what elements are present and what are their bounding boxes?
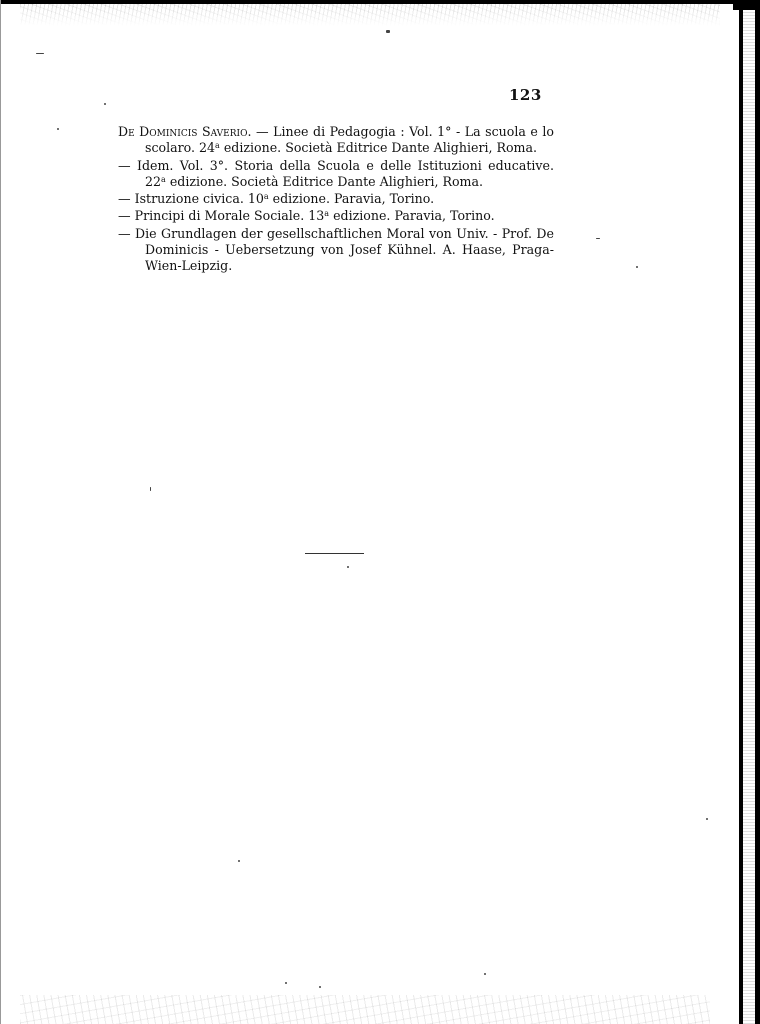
scan-speck (386, 30, 390, 33)
entry-text: edizione. Società Editrice Dante Alighie… (166, 174, 483, 189)
scan-speck (104, 103, 106, 105)
page-number: 123 (509, 86, 542, 104)
scan-top-noise (20, 4, 720, 26)
scan-speck (238, 860, 240, 862)
binding-edge-inner (755, 0, 760, 1024)
entry-author: De Dominicis Saverio. (118, 124, 251, 139)
scan-speck (596, 238, 600, 239)
scan-speck (285, 982, 287, 984)
bibliography-list: De Dominicis Saverio. — Linee di Pedagog… (118, 124, 554, 275)
entry-text: — Principi di Morale Sociale. 13 (118, 208, 324, 223)
bibliography-entry: De Dominicis Saverio. — Linee di Pedagog… (118, 124, 554, 157)
entry-text: edizione. Paravia, Torino. (269, 191, 435, 206)
end-rule (305, 553, 364, 554)
bibliography-entry: — Die Grundlagen der gesellschaftlichen … (118, 226, 554, 275)
scan-left-edge (0, 0, 1, 1024)
bibliography-entry: — Principi di Morale Sociale. 13a edizio… (118, 208, 554, 224)
scan-speck (319, 986, 321, 988)
entry-text: edizione. Società Editrice Dante Alighie… (220, 140, 537, 155)
entry-text: edizione. Paravia, Torino. (329, 208, 495, 223)
bibliography-entry: — Istruzione civica. 10a edizione. Parav… (118, 191, 554, 207)
binding-edge-gap (743, 0, 755, 1024)
scan-bottom-noise (20, 995, 710, 1024)
entry-text: — Die Grundlagen der gesellschaftlichen … (118, 226, 554, 274)
entry-text: — Istruzione civica. 10 (118, 191, 264, 206)
scanned-page: 123 De Dominicis Saverio. — Linee di Ped… (0, 0, 760, 1024)
scan-speck (150, 487, 151, 491)
bibliography-entry: — Idem. Vol. 3°. Storia della Scuola e d… (118, 158, 554, 191)
scan-speck (57, 128, 59, 130)
scan-speck (36, 53, 44, 54)
scan-speck (347, 566, 349, 568)
scan-speck (706, 818, 708, 820)
scan-speck (636, 266, 638, 268)
scan-speck (484, 973, 486, 975)
